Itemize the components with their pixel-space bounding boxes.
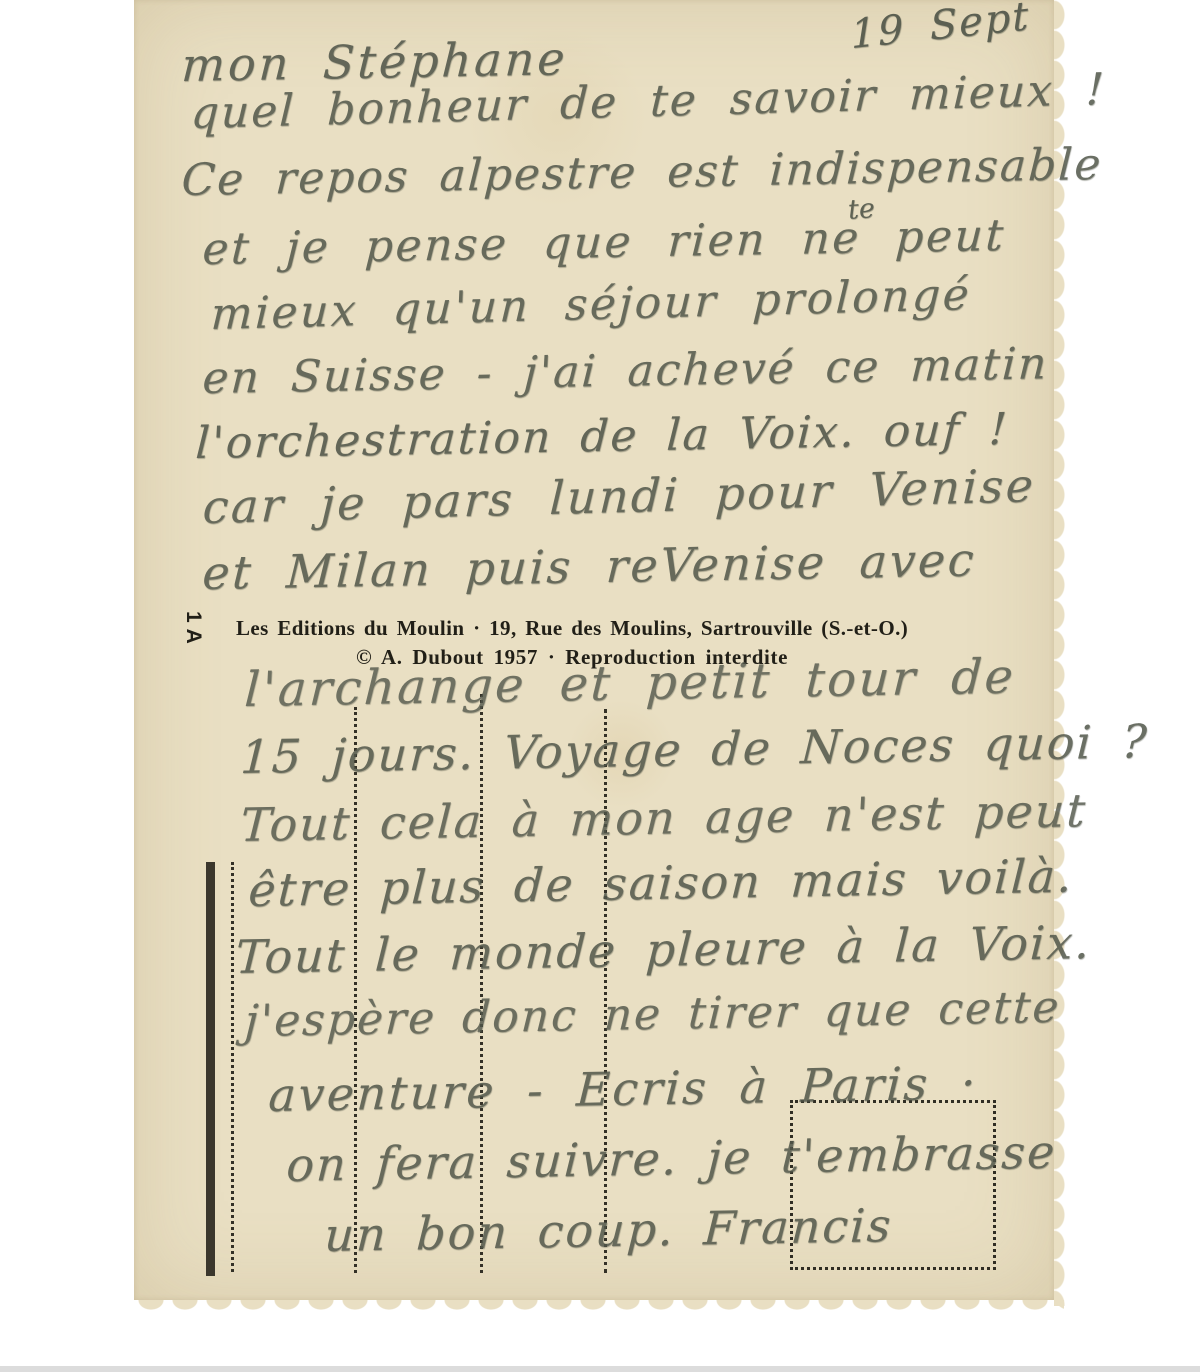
address-divider-line [231, 862, 234, 1272]
inserted-word: te [847, 193, 876, 226]
handwriting-line: un bon coup. Francis [323, 1198, 894, 1262]
scanned-postcard: Les Editions du Moulin · 19, Rue des Mou… [0, 0, 1200, 1372]
scan-edge-strip [0, 1366, 1200, 1372]
left-thick-rule [206, 862, 215, 1276]
plate-mark: 1A [181, 611, 205, 650]
publisher-imprint: Les Editions du Moulin · 19, Rue des Mou… [236, 616, 908, 641]
